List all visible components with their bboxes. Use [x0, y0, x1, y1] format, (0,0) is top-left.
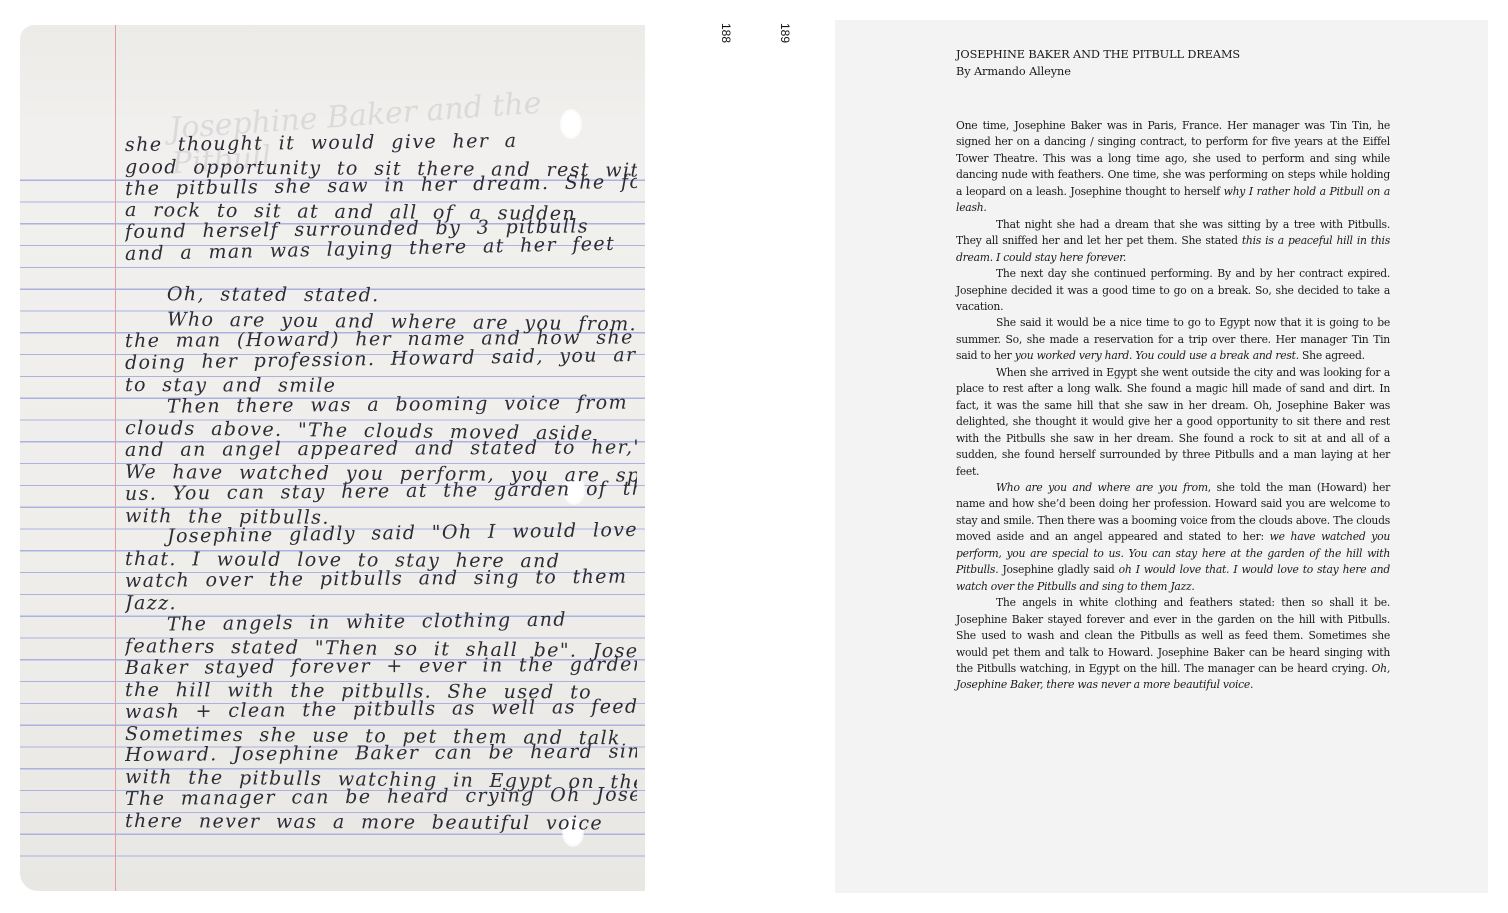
paragraph-text: She agreed.: [1299, 349, 1365, 362]
article-paragraph: Who are you and where are you from, she …: [956, 480, 1390, 595]
italic-quote: you worked very hard. You could use a br…: [1015, 349, 1299, 362]
article-paragraph: The angels in white clothing and feather…: [956, 595, 1390, 694]
paragraph-text: Josephine gladly said: [998, 563, 1118, 576]
article-paragraph: The next day she continued performing. B…: [956, 266, 1390, 315]
italic-quote: Who are you and where are you from: [996, 481, 1208, 494]
handwritten-line: watch over the pitbulls and sing to them: [125, 566, 637, 592]
article-body: One time, Josephine Baker was in Paris, …: [956, 118, 1390, 694]
handwritten-line: wash + clean the pitbulls as well as fee…: [125, 696, 637, 723]
handwritten-manuscript-scan: Josephine Baker and the Pitbull she thou…: [20, 25, 645, 891]
article-paragraph: She said it would be a nice time to go t…: [956, 315, 1390, 364]
handwritten-line: Oh, stated stated.: [125, 266, 637, 312]
book-spread: Josephine Baker and the Pitbull she thou…: [0, 0, 1508, 913]
article-paragraph: That night she had a dream that she was …: [956, 217, 1390, 266]
article-byline: By Armando Alleyne: [956, 64, 1390, 81]
handwritten-line: she thought it would give her a: [125, 130, 637, 157]
paragraph-text: The next day she continued performing. B…: [956, 267, 1390, 313]
handwritten-line: and an angel appeared and stated to her,…: [125, 437, 637, 461]
handwritten-line: us. You can stay here at the garden of t…: [125, 478, 637, 505]
handwritten-text: she thought it would give her agood oppo…: [125, 135, 637, 833]
transcription-page: JOSEPHINE BAKER AND THE PITBULL DREAMS B…: [835, 20, 1488, 893]
handwritten-line: Then there was a booming voice from the: [125, 392, 637, 418]
page-number-left: 188: [719, 23, 733, 43]
article-paragraph: When she arrived in Egypt she went outsi…: [956, 365, 1390, 480]
page-number-right: 189: [778, 23, 792, 43]
article-paragraph: One time, Josephine Baker was in Paris, …: [956, 118, 1390, 217]
handwritten-line: The manager can be heard crying Oh Josep…: [125, 784, 637, 810]
handwritten-line: there never was a more beautiful voice: [125, 811, 637, 835]
paragraph-text: When she arrived in Egypt she went outsi…: [956, 366, 1390, 478]
article-title: JOSEPHINE BAKER AND THE PITBULL DREAMS: [956, 47, 1390, 64]
article: JOSEPHINE BAKER AND THE PITBULL DREAMS B…: [956, 47, 1390, 694]
paragraph-text: The angels in white clothing and feather…: [956, 596, 1390, 675]
handwritten-line: Baker stayed forever + ever in the garde…: [125, 655, 637, 680]
handwritten-line: Howard. Josephine Baker can be heard sin…: [125, 742, 637, 767]
